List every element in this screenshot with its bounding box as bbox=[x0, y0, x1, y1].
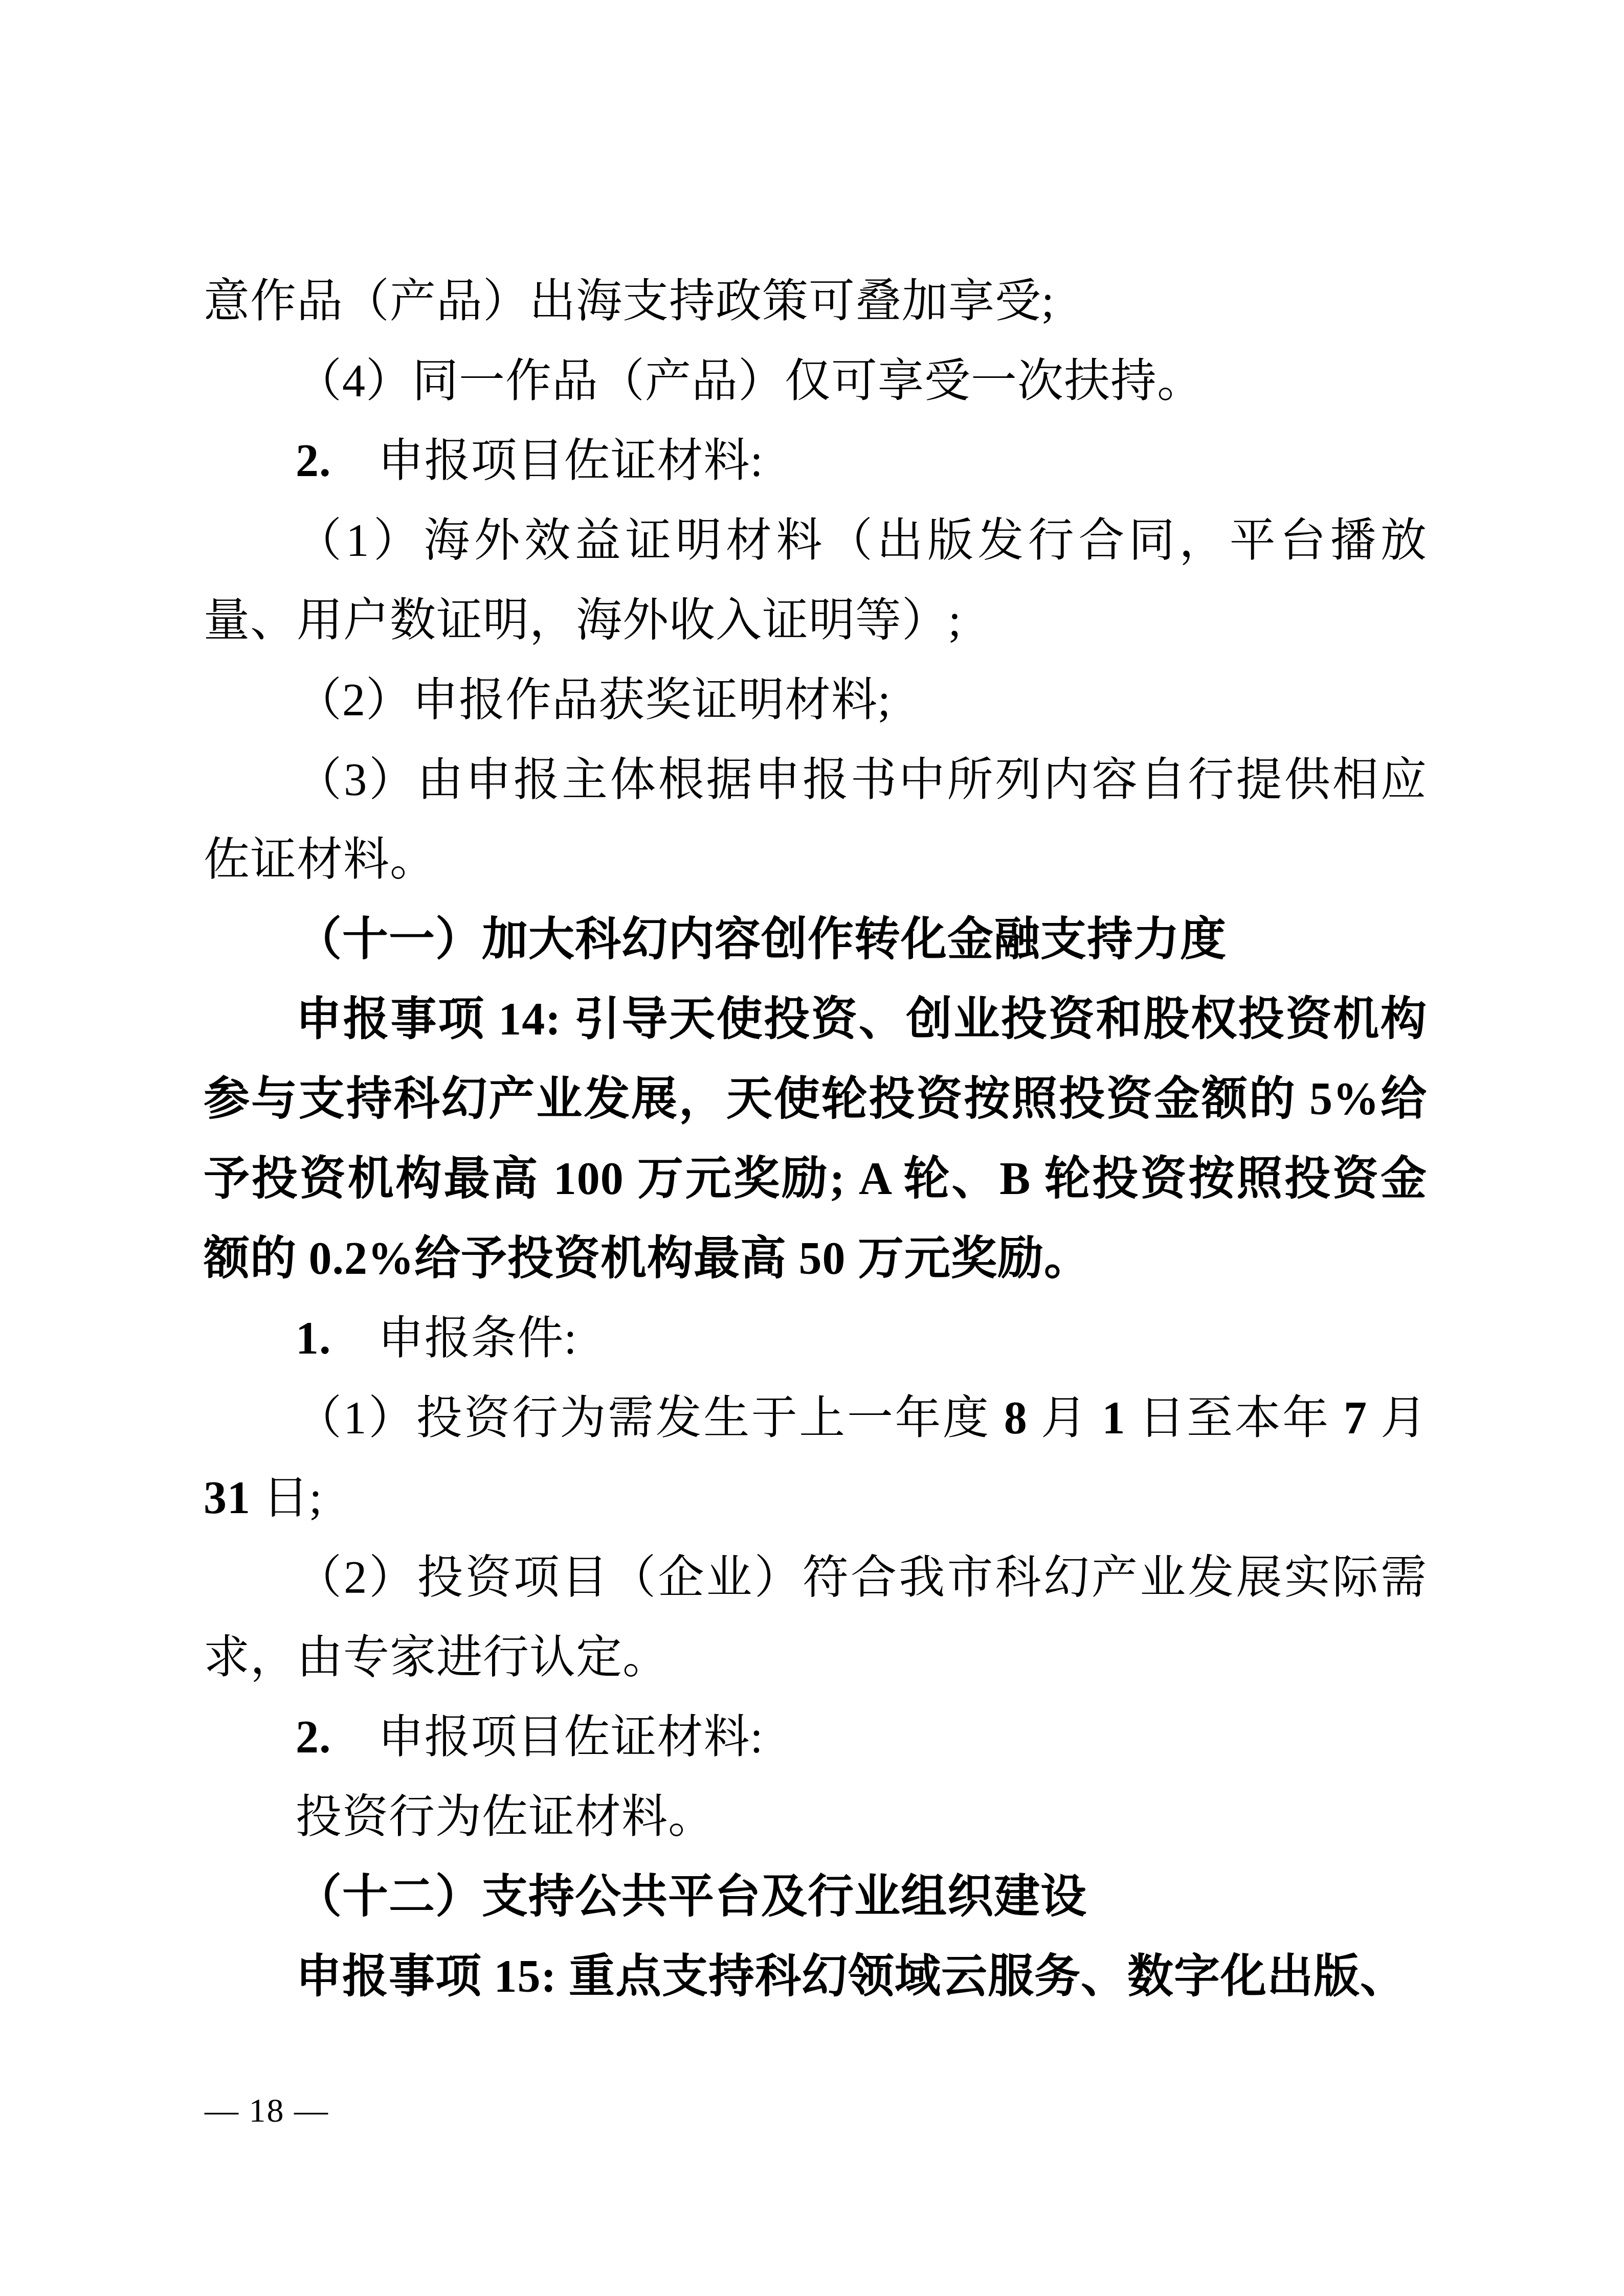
bold-number-run: 7 bbox=[1344, 1393, 1367, 1444]
text-run: （十一）加大科幻内容创作转化金融支持力度 bbox=[296, 914, 1227, 965]
para-declare-item-15: 申报事项 15: 重点支持科幻领域云服务、数字化出版、 bbox=[204, 1937, 1427, 2017]
text-run: （1）海外效益证明材料（出版发行合同，平台播放量、用户数证明，海外收入证明等）; bbox=[204, 515, 1427, 646]
page-number-footer: — 18 — bbox=[205, 2090, 329, 2131]
heading-section-11-finance-support: （十一）加大科幻内容创作转化金融支持力度 bbox=[204, 900, 1427, 980]
text-run: 申报条件: bbox=[331, 1313, 577, 1364]
para-list-1-conditions: 1. 申报条件: bbox=[204, 1299, 1427, 1379]
bold-number-run: 8 bbox=[1004, 1393, 1028, 1444]
text-run: 申报事项 15: 重点支持科幻领域云服务、数字化出版、 bbox=[296, 1951, 1407, 2002]
text-run: 申报项目佐证材料: bbox=[331, 436, 764, 486]
bold-number-run: 2. bbox=[296, 436, 331, 486]
text-run: 申报事项 14: 引导天使投资、创业投资和股权投资机构参与支持科幻产业发展，天使… bbox=[204, 994, 1427, 1284]
text-run: 意作品（产品）出海支持政策可叠加享受; bbox=[204, 276, 1055, 327]
para-declare-item-14: 申报事项 14: 引导天使投资、创业投资和股权投资机构参与支持科幻产业发展，天使… bbox=[204, 980, 1427, 1299]
para-item-1-investment-period: （1）投资行为需发生于上一年度 8 月 1 日至本年 7 月 31 日; bbox=[204, 1379, 1427, 1538]
para-list-2-supporting-materials: 2. 申报项目佐证材料: bbox=[204, 421, 1427, 501]
para-investment-proof: 投资行为佐证材料。 bbox=[204, 1777, 1427, 1857]
text-run: 月 bbox=[1028, 1393, 1102, 1444]
text-run: 申报项目佐证材料: bbox=[331, 1712, 764, 1763]
text-run: （3）由申报主体根据申报书中所列内容自行提供相应佐证材料。 bbox=[204, 755, 1427, 885]
para-item-2-investment-fit: （2）投资项目（企业）符合我市科幻产业发展实际需求，由专家进行认定。 bbox=[204, 1538, 1427, 1698]
text-run: 投资行为佐证材料。 bbox=[296, 1792, 715, 1842]
text-run: 月 bbox=[1367, 1393, 1427, 1444]
text-run: 日; bbox=[251, 1473, 323, 1523]
text-run: 日至本年 bbox=[1125, 1393, 1343, 1444]
bold-number-run: 31 bbox=[204, 1473, 251, 1523]
text-run: （十二）支持公共平台及行业组织建设 bbox=[296, 1872, 1087, 1922]
para-list-2-supporting-materials-second: 2. 申报项目佐证材料: bbox=[204, 1698, 1427, 1777]
bold-number-run: 2. bbox=[296, 1712, 331, 1763]
para-item-2-award-proof: （2）申报作品获奖证明材料; bbox=[204, 661, 1427, 740]
text-run: （2）投资项目（企业）符合我市科幻产业发展实际需求，由专家进行认定。 bbox=[204, 1552, 1427, 1683]
text-run: （2）申报作品获奖证明材料; bbox=[296, 675, 891, 726]
para-item-3-self-provided-proof: （3）由申报主体根据申报书中所列内容自行提供相应佐证材料。 bbox=[204, 740, 1427, 900]
para-overseas-policy-continuation: 意作品（产品）出海支持政策可叠加享受; bbox=[204, 262, 1427, 342]
heading-section-12-platform-support: （十二）支持公共平台及行业组织建设 bbox=[204, 1857, 1427, 1937]
document-page: 意作品（产品）出海支持政策可叠加享受;（4）同一作品（产品）仅可享受一次扶持。2… bbox=[0, 0, 1624, 2296]
para-item-4-single-support: （4）同一作品（产品）仅可享受一次扶持。 bbox=[204, 342, 1427, 421]
text-run: （4）同一作品（产品）仅可享受一次扶持。 bbox=[296, 356, 1204, 407]
text-run: （1）投资行为需发生于上一年度 bbox=[296, 1393, 1004, 1444]
document-body: 意作品（产品）出海支持政策可叠加享受;（4）同一作品（产品）仅可享受一次扶持。2… bbox=[204, 262, 1427, 2017]
para-item-1-overseas-benefit-proof: （1）海外效益证明材料（出版发行合同，平台播放量、用户数证明，海外收入证明等）; bbox=[204, 501, 1427, 661]
bold-number-run: 1. bbox=[296, 1313, 331, 1364]
bold-number-run: 1 bbox=[1102, 1393, 1125, 1444]
